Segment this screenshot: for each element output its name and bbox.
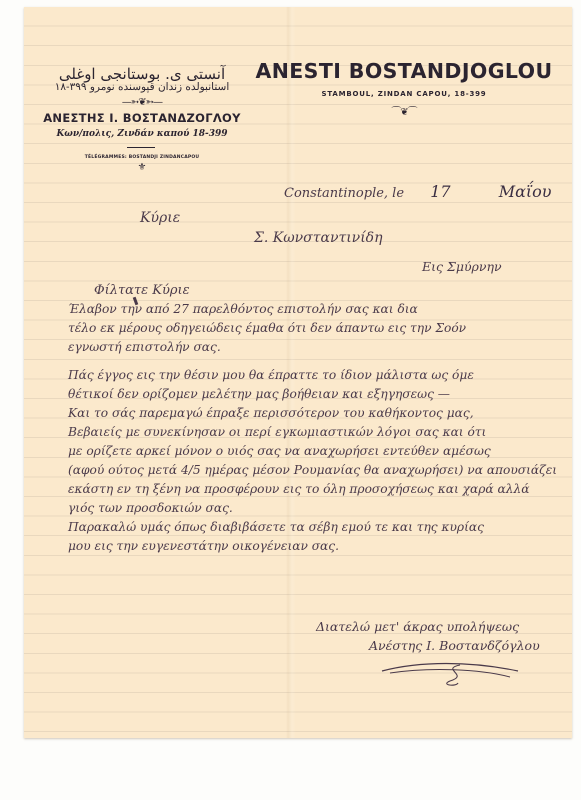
- greeting: Φίλτατε Κύριε: [94, 283, 190, 298]
- body-line: γιός των προσδοκιών σας.: [68, 501, 233, 515]
- addressee-location: Εις Σμύρνην: [422, 259, 502, 274]
- body-line: (αφού ούτος μετά 4/5 ημέρας μέσον Ρουμαν…: [68, 463, 557, 477]
- body-line: τέλο εκ μέρους οδηγειώδεις έμαθα ότι δεν…: [68, 321, 466, 335]
- date-month: Μαΐου: [477, 182, 574, 201]
- date-year: 1922: [578, 186, 581, 201]
- body-line: Βεβαιείς με συνεκίνησαν οι περί εγκωμιασ…: [68, 425, 486, 439]
- date-place: Constantinople, le: [284, 186, 404, 201]
- body-line: εγνωστή επιστολήν σας.: [68, 340, 221, 354]
- body-line: με ορίζετε αρκεί μόνον ο υιός σας να ανα…: [68, 444, 491, 458]
- body-line: θέτικοί δεν ορίζομεν μελέτην μας βοήθεια…: [68, 387, 450, 401]
- addressee-name: Σ. Κωνσταντινίδη: [254, 230, 383, 246]
- telegram-address: TÉLÉGRAMMES: BOSTANDJI ZINDANCAPOU: [24, 155, 260, 160]
- greek-address: Κων/πολις, Ζινδάν καπού 18-399: [24, 129, 260, 139]
- ornament-divider-icon: —➳❦➳—: [24, 97, 260, 108]
- body-line: μου εις την ευγενεστάτην οικογένειαν σας…: [68, 539, 339, 553]
- fleur-ornament-icon: ⚜: [24, 162, 260, 173]
- signature-flourish-icon: [380, 659, 520, 689]
- signature: Ανέστης Ι. Βοστανδζόγλου: [369, 638, 540, 653]
- salutation-title: Κύριε: [140, 210, 180, 226]
- greek-firm-name: ΑΝΕΣΤΗΣ Ι. ΒΟΣΤΑΝΔΖΟΓΛΟΥ: [24, 111, 260, 125]
- firm-name: ANESTI BOSTANDJOGLOU: [229, 59, 579, 83]
- body-line: Και το σάς παρεμαγώ έπραξε περισσότερον …: [68, 406, 474, 420]
- ottoman-address: استانبولده زندان قپوسنده نومرو ۳۹۹-۱۸: [24, 81, 260, 93]
- firm-address: STAMBOUL, ZINDAN CAPOU, 18-399: [229, 90, 579, 98]
- ornament-divider-icon: ⌒❦⌒: [229, 103, 579, 118]
- date-day: 17: [408, 182, 472, 201]
- body-line: Παρακαλώ υμάς όπως διαβιβάσετε τα σέβη ε…: [68, 520, 484, 534]
- body-line: εκάστη εν τη ξένη να προσφέρουν εις το ό…: [68, 482, 529, 496]
- body-line: Έλαβον την από 27 παρελθόντος επιστολήν …: [68, 302, 418, 316]
- divider-rule: [127, 147, 155, 148]
- body-line: Πάς έγγος εις την θέσιν μου θα έπραττε τ…: [68, 368, 474, 382]
- letter-paper: آنستی ی. بوستانجی اوغلی استانبولده زندان…: [24, 7, 572, 738]
- dateline: Constantinople, le 17 Μαΐου 1922: [284, 182, 581, 201]
- closing-line: Διατελώ μετ' άκρας υπολήψεως: [316, 619, 519, 634]
